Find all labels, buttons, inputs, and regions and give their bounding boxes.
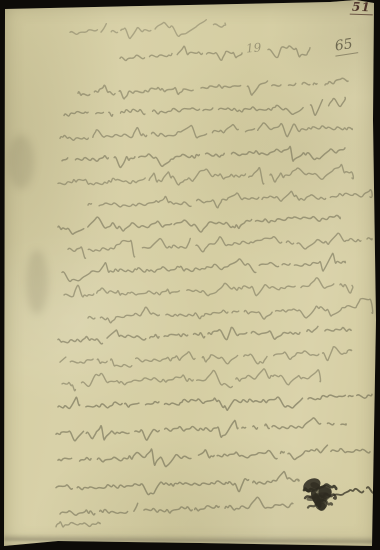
- body-line-8: [68, 233, 372, 258]
- closing-line-4: [56, 472, 299, 495]
- scan-background: 19 65 51: [0, 0, 380, 550]
- page-number: 51: [350, 0, 373, 15]
- date-year: 65: [333, 35, 358, 56]
- closing-line-3: [58, 445, 370, 466]
- body-line-13: [60, 347, 352, 367]
- salutation-line: [70, 20, 226, 39]
- body-line-3: [60, 123, 352, 140]
- body-line-4: [62, 146, 345, 167]
- date-line-a: [120, 46, 242, 60]
- closing-line-1: [58, 394, 372, 410]
- body-line-2: [64, 97, 345, 116]
- body-line-7: [58, 215, 340, 234]
- closing-line-5: [60, 497, 293, 515]
- body-line-11: [88, 298, 373, 322]
- body-line-1: [78, 78, 348, 99]
- closing-line-2: [56, 418, 346, 441]
- body-line-6: [88, 190, 372, 208]
- body-line-12: [58, 326, 351, 343]
- paper-bottom-edge-shadow: [4, 534, 376, 544]
- body-line-10: [64, 278, 353, 297]
- body-line-9: [62, 253, 345, 281]
- letter-page: 19 65 51: [0, 0, 380, 550]
- date-line-b: [268, 46, 310, 58]
- handwriting-layer: [0, 0, 380, 550]
- body-line-14: [62, 369, 321, 391]
- signature-flourish: [334, 487, 376, 496]
- date-day: 19: [245, 40, 261, 55]
- body-line-5: [58, 164, 353, 184]
- closing-tail: [56, 522, 100, 527]
